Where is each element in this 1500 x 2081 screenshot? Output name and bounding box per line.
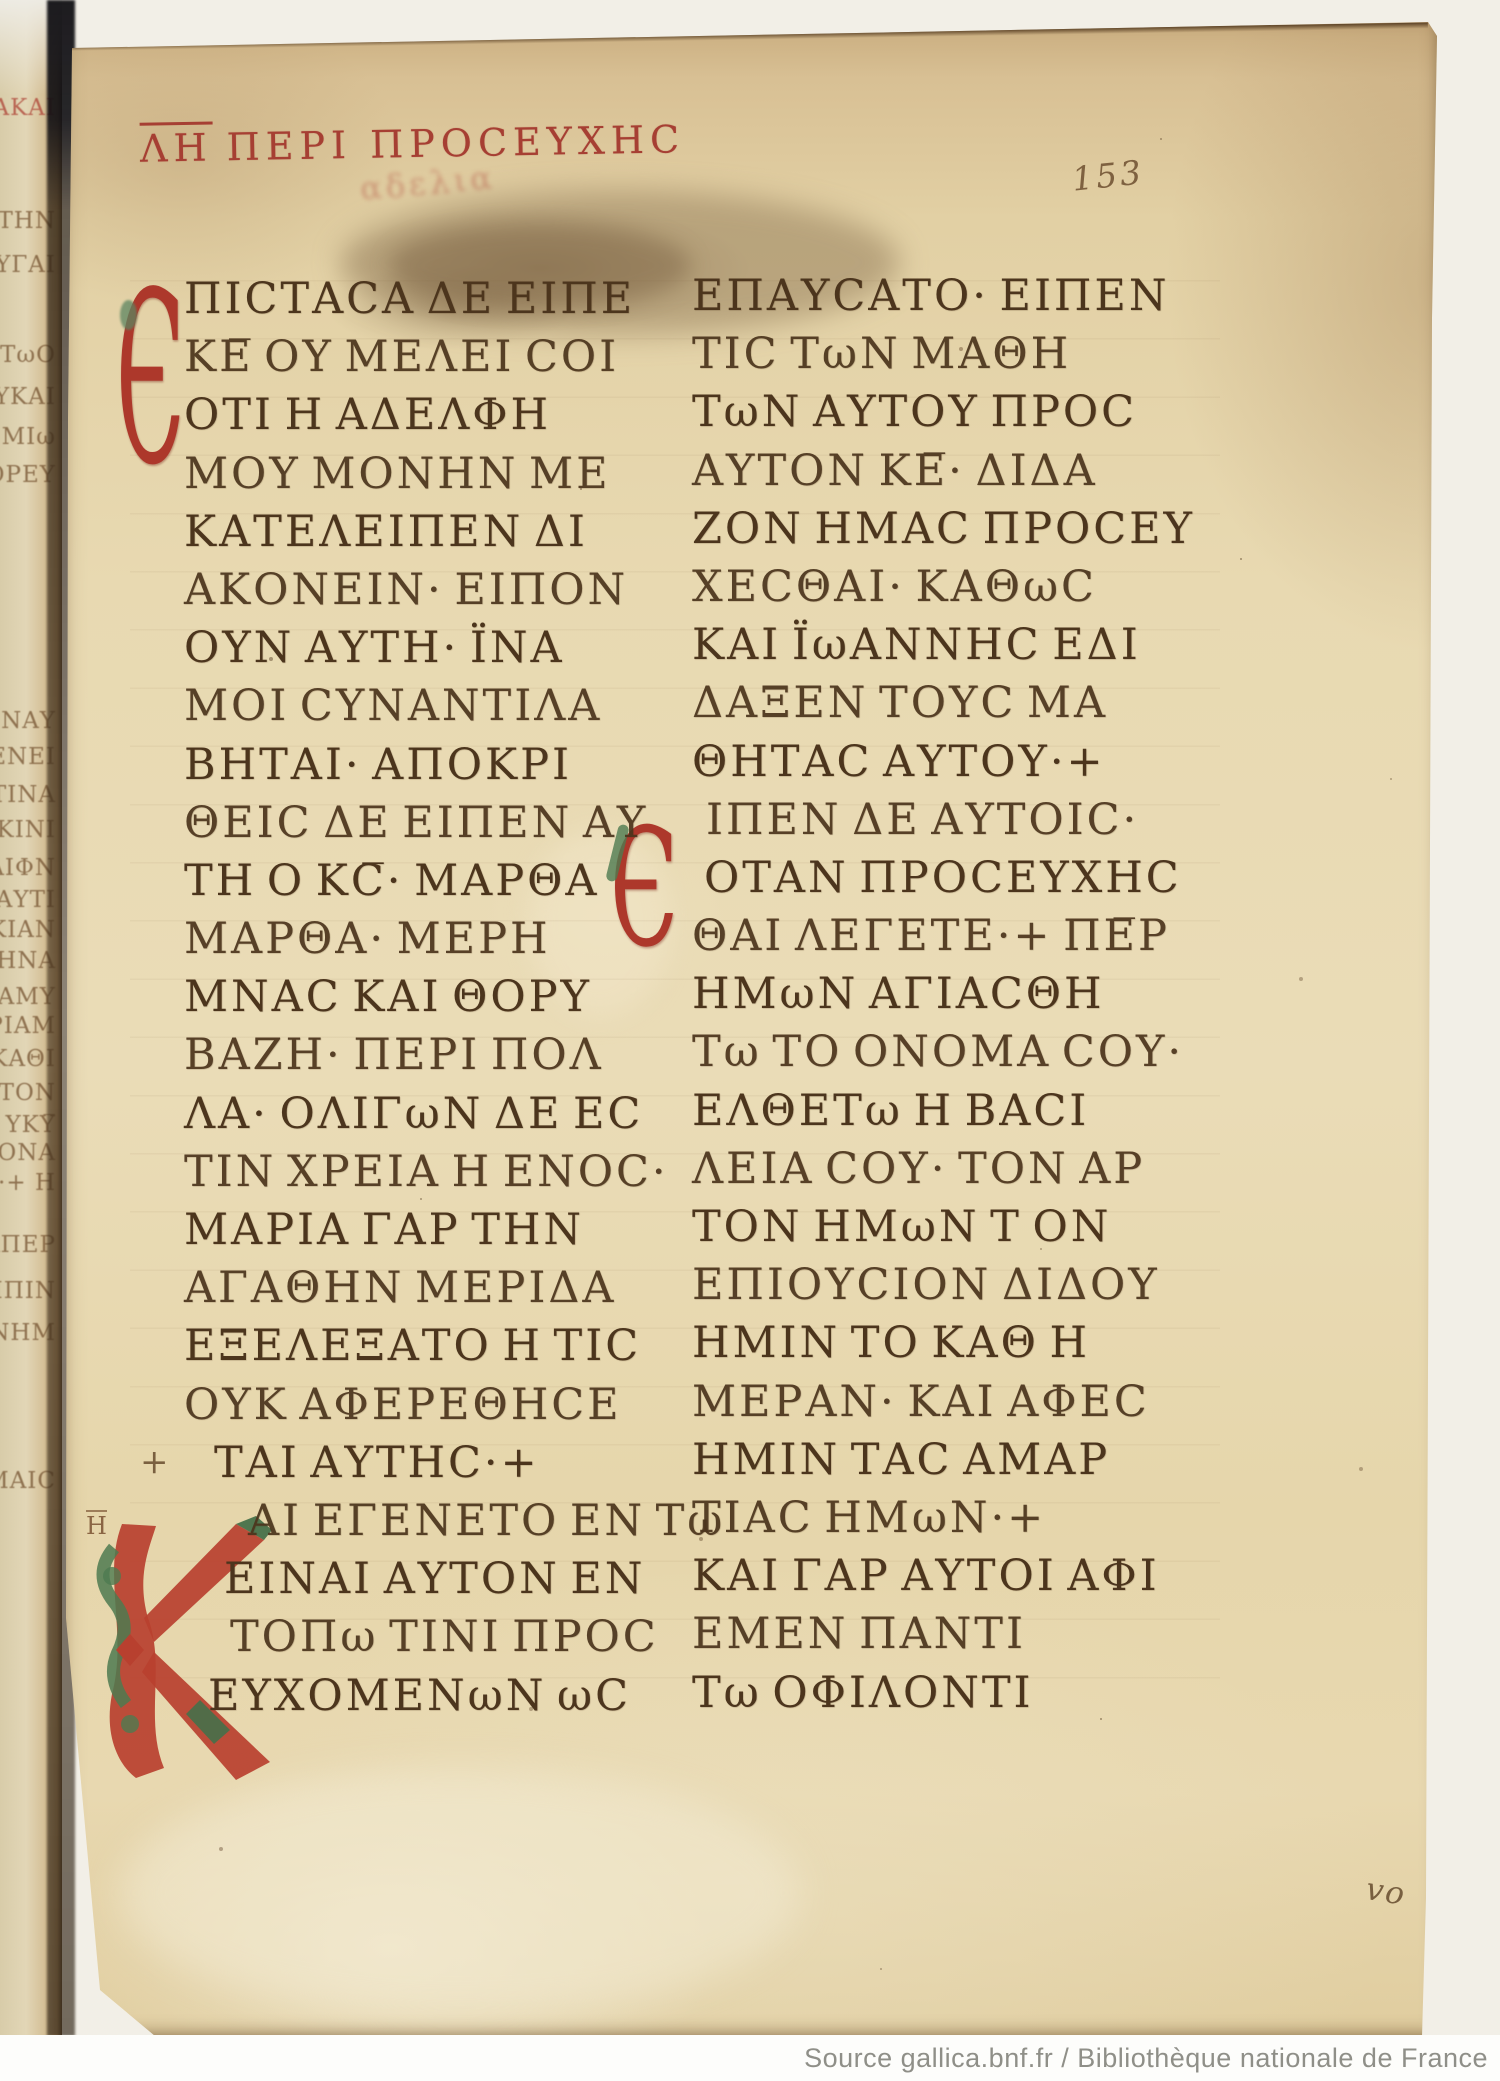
manuscript-line: ΕΜΕΝ ΠΑΝΤΙ — [692, 1605, 1212, 1663]
chapter-rubric: ΛΗΠΕΡΙ ΠΡΟСΕΥΧΗС — [140, 117, 686, 171]
manuscript-line: ΕΙΝΑΙ ΑΥΤΟΝ ΕΝ — [224, 1550, 704, 1608]
manuscript-line: ΒΑΖΗ· ΠΕΡΙ ΠΟΛ — [184, 1026, 704, 1084]
manuscript-line: ΚΑΙ ΓΑΡ ΑΥΤΟΙ ΑΦΙ — [692, 1547, 1212, 1605]
manuscript-line: ΙΠΕΝ ΔΕ ΑΥΤΟΙС· — [706, 791, 1212, 849]
manuscript-line: ΤΟΠω ΤΙΝΙ ΠΡΟС — [230, 1608, 704, 1666]
manuscript-scan: ΦΑΚΑΙΗΤΗΝΕΥΓΑΙΤωΟΥΚΑΙΜΙωΠΟΡΕΥΟΝΑΥΑΘΕΝΕΙΤ… — [0, 0, 1500, 2081]
manuscript-line: ΔΑΞΕΝ ΤΟΥС ΜΑ — [692, 674, 1212, 732]
manuscript-line: ΚΑΙ ΪωΑΝΝΗС ΕΔΙ — [692, 616, 1212, 674]
manuscript-line: ΟΥΝ ΑΥΤΗ· ΪΝΑ — [184, 619, 704, 677]
manuscript-line: ΗΜΙΝ ΤΑС ΑΜΑΡ — [692, 1431, 1212, 1489]
manuscript-line: ΤΙΝ ΧΡΕΙΑ Η ΕΝΟС· — [184, 1143, 704, 1201]
manuscript-line: ΟΥΚ ΑΦΕΡΕΘΗСΕ — [184, 1376, 704, 1434]
parchment-stain — [120, 1768, 800, 2018]
manuscript-line: ΤωΝ ΑΥΤΟΥ ΠΡΟС — [692, 383, 1212, 441]
manuscript-line: ΒΗΤΑΙ· ΑΠΟΚΡΙ — [184, 736, 704, 794]
manuscript-line: ΟΤΑΝ ΠΡΟСΕΥΧΗС — [704, 849, 1212, 907]
manuscript-line: ΤΟΝ ΗΜωΝ Τ ΟΝ — [692, 1198, 1212, 1256]
manuscript-line: ΜΑΡΘΑ· ΜΕΡΗ — [184, 910, 704, 968]
manuscript-line: Τω ΟΦΙΛΟΝΤΙ — [692, 1664, 1212, 1722]
manuscript-line: ΤΙΑС ΗΜωΝ·+ — [692, 1489, 1212, 1547]
manuscript-line: ΛΕΙΑ СΟΥ· ΤΟΝ ΑΡ — [692, 1140, 1212, 1198]
margin-letter: Η — [86, 1510, 107, 1540]
manuscript-line: ΛΑ· ΟΛΙΓωΝ ΔΕ ΕС — [184, 1085, 704, 1143]
manuscript-line: ΘΕΙС ΔΕ ΕΙΠΕΝ ΑΥ — [184, 794, 704, 852]
manuscript-line: ΧΕСΘΑΙ· ΚΑΘωС — [692, 558, 1212, 616]
manuscript-line: Τω ΤΟ ΟΝΟΜΑ СΟΥ· — [692, 1023, 1212, 1081]
manuscript-line: ΕΛΘΕΤω Η ΒΑСΙ — [692, 1082, 1212, 1140]
manuscript-line: ΑΓΑΘΗΝ ΜΕΡΙΔΑ — [184, 1259, 704, 1317]
manuscript-line: ΜΝΑС ΚΑΙ ΘΟΡΥ — [184, 968, 704, 1026]
manuscript-line: ΤΙС ΤωΝ ΜΑΘΗ — [692, 325, 1212, 383]
manuscript-line: ΑΥΤΟΝ ΚΕ̅· ΔΙΔΑ — [692, 442, 1212, 500]
source-label: Source gallica.bnf.fr / Bibliothèque nat… — [804, 2043, 1488, 2074]
chapter-number: ΛΗ — [140, 121, 213, 170]
manuscript-line: ΤΑΙ ΑΥΤΗС·+ — [214, 1434, 704, 1492]
text-column-1: ΠΙСΤΑСΑ ΔΕ ΕΙΠΕΚΕ̅ ΟΥ ΜΕΛΕΙ СΟΙΟΤΙ Η ΑΔΕ… — [184, 270, 704, 1725]
manuscript-line: ΑΙ ΕΓΕΝΕΤΟ ΕΝ Τω — [248, 1492, 704, 1550]
manuscript-line: ΘΗΤΑС ΑΥΤΟΥ·+ — [692, 733, 1212, 791]
verso-mark: vo — [1363, 1871, 1408, 1913]
manuscript-line: ΖΟΝ ΗΜΑС ΠΡΟСΕΥ — [692, 500, 1212, 558]
manuscript-line: ΘΑΙ ΛΕΓΕΤΕ·+ ΠΕ̅Ρ — [692, 907, 1212, 965]
manuscript-line: ΚΑΤΕΛΕΙΠΕΝ ΔΙ — [184, 503, 704, 561]
manuscript-line: ΠΙСΤΑСΑ ΔΕ ΕΙΠΕ — [184, 270, 704, 328]
initial-epsilon-red: Є — [116, 262, 185, 499]
manuscript-line: ΕΞΕΛΕΞΑΤΟ Η ΤΙС — [184, 1317, 704, 1375]
text-column-2: ΕΠΑΥСΑΤΟ· ΕΙΠΕΝΤΙС ΤωΝ ΜΑΘΗΤωΝ ΑΥΤΟΥ ΠΡΟ… — [692, 267, 1212, 1722]
manuscript-page: ΛΗΠΕΡΙ ΠΡΟСΕΥΧΗС αδελια 153 Є Є + Η vo Π… — [60, 18, 1442, 2036]
margin-cross: + — [140, 1442, 169, 1482]
manuscript-line: ΜΟΥ ΜΟΝΗΝ ΜΕ — [184, 445, 704, 503]
manuscript-line: ΗΜωΝ ΑΓΙΑСΘΗ — [692, 965, 1212, 1023]
manuscript-line: ΕΠΙΟΥСΙΟΝ ΔΙΔΟΥ — [692, 1256, 1212, 1314]
manuscript-line: ΟΤΙ Η ΑΔΕΛΦΗ — [184, 386, 704, 444]
manuscript-line: ΑΚΟΝΕΙΝ· ΕΙΠΟΝ — [184, 561, 704, 619]
manuscript-line: ΤΗ Ο ΚС̅· ΜΑΡΘΑ — [184, 852, 704, 910]
manuscript-line: ΜΑΡΙΑ ΓΑΡ ΤΗΝ — [184, 1201, 704, 1259]
manuscript-line: ΕΥΧΟΜΕΝωΝ ωС — [208, 1667, 704, 1725]
manuscript-line: ΕΠΑΥСΑΤΟ· ΕΙΠΕΝ — [692, 267, 1212, 325]
initial-epsilon-green-eye — [120, 300, 137, 330]
manuscript-line: ΗΜΙΝ ΤΟ ΚΑΘ Η — [692, 1314, 1212, 1372]
footer-attribution: Source gallica.bnf.fr / Bibliothèque nat… — [0, 2035, 1500, 2081]
folio-number: 153 — [1070, 152, 1146, 198]
manuscript-line: ΜΟΙ СΥΝΑΝΤΙΛΑ — [184, 677, 704, 735]
manuscript-line: ΚΕ̅ ΟΥ ΜΕΛΕΙ СΟΙ — [184, 328, 704, 386]
manuscript-line: ΜΕΡΑΝ· ΚΑΙ ΑΦΕС — [692, 1373, 1212, 1431]
